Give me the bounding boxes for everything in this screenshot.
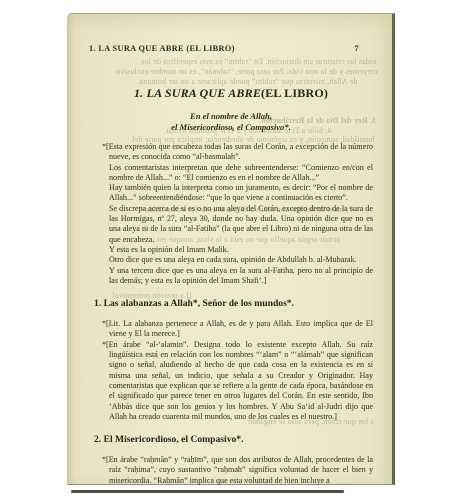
sura-title-paren: (EL LIBRO) xyxy=(261,86,328,100)
footnote-verse-1: *[Lit. La alabanza pertenece a Allah, es… xyxy=(109,319,373,422)
scanned-book-page: todas las criaturas sin distinción. En “… xyxy=(0,0,460,501)
footnote-paragraph: Y una tercera dice que es una aleya en l… xyxy=(109,266,373,287)
bismillah: En el nombre de Allah, el Misericordioso… xyxy=(89,111,373,132)
page-edge-shadow xyxy=(71,490,344,493)
verse-2: 2. El Misericordioso, el Compasivo*. xyxy=(94,434,373,445)
verse-1: 1. Las alabanzas a Allah*, Señor de los … xyxy=(94,298,373,309)
running-title: 1. LA SURA QUE ABRE (EL LIBRO) xyxy=(89,44,235,53)
footnote-paragraph: Y esta es la opinión del Imam Malik. xyxy=(109,245,373,255)
footnote-paragraph: *[Lit. La alabanza pertenece a Allah, es… xyxy=(109,319,373,340)
footnote-paragraph: Otro dice que es una aleya en cada sura,… xyxy=(109,255,373,265)
footnote-verse-2: *[En árabe “raḥmān” y “raḥīm”, que son d… xyxy=(109,455,373,486)
page-content: 1. LA SURA QUE ABRE (EL LIBRO) 7 1. LA S… xyxy=(68,14,392,486)
bismillah-line-1: En el nombre de Allah, xyxy=(89,111,373,122)
footnote-paragraph: *[En árabe “raḥmān” y “raḥīm”, que son d… xyxy=(109,455,373,486)
sura-title: 1. LA SURA QUE ABRE(EL LIBRO) xyxy=(89,86,373,101)
footnote-paragraph: Los comentaristas interpretan que debe s… xyxy=(109,163,373,184)
sura-title-main: 1. LA SURA QUE ABRE xyxy=(134,86,261,100)
running-header: 1. LA SURA QUE ABRE (EL LIBRO) 7 xyxy=(89,44,373,53)
footnote-paragraph: Se discrepa acerca de si es o no una ale… xyxy=(109,204,373,245)
bismillah-line-2: el Misericordioso, el Compasivo*. xyxy=(89,122,373,133)
footnote-paragraph: *[En árabe “al-‘alamin”. Designa todo lo… xyxy=(109,340,373,422)
footnote-basmalah: *[Esta expresión que encabeza todas las … xyxy=(109,142,373,286)
footnote-paragraph: Hay también quien la interpreta como un … xyxy=(109,183,373,204)
book-page: todas las criaturas sin distinción. En “… xyxy=(67,13,395,485)
page-number: 7 xyxy=(355,44,360,53)
footnote-paragraph: *[Esta expresión que encabeza todas las … xyxy=(109,142,373,163)
